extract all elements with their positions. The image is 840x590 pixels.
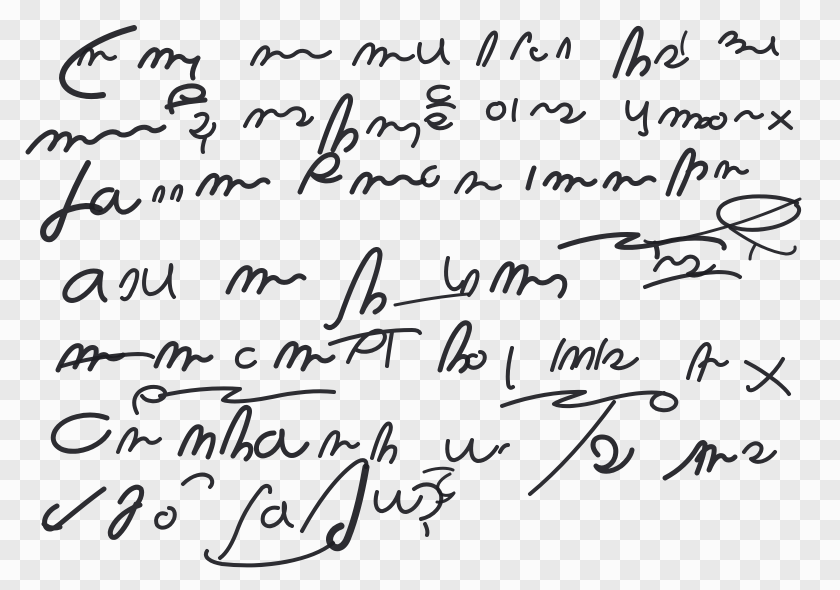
ink-stroke [44, 489, 104, 529]
ink-stroke [140, 50, 198, 78]
ink-stroke [276, 344, 333, 369]
ink-stroke [368, 118, 418, 146]
ink-stroke [446, 258, 477, 295]
handwriting-line-6 [53, 387, 775, 502]
ink-stroke [512, 33, 546, 59]
ink-stroke [710, 114, 725, 128]
ink-stroke [716, 162, 747, 177]
ink-stroke [627, 102, 647, 134]
ink-stroke [440, 323, 469, 371]
ink-stroke [326, 249, 384, 327]
ink-stroke [320, 96, 356, 152]
handwriting-line-1 [62, 28, 777, 96]
ink-stroke [252, 47, 330, 64]
ink-stroke [156, 475, 212, 528]
ink-stroke [62, 28, 134, 96]
ink-stroke [180, 427, 213, 457]
ink-stroke [746, 359, 789, 394]
ink-stroke [615, 28, 648, 76]
ink-stroke [770, 112, 791, 128]
ink-stroke [558, 39, 569, 57]
ink-stroke [508, 348, 513, 388]
ink-stroke [492, 264, 565, 296]
ink-stroke [118, 429, 160, 452]
handwriting-line-7 [44, 460, 441, 565]
ink-stroke [222, 408, 251, 459]
ink-stroke [237, 349, 255, 367]
ink-stroke [668, 150, 706, 194]
ink-stroke [79, 49, 115, 64]
ink-stroke [478, 32, 496, 65]
ink-stroke [665, 443, 735, 478]
ink-stroke [300, 155, 340, 192]
ink-stroke [256, 431, 307, 456]
handwriting-line-3 [43, 150, 800, 257]
ink-stroke [720, 33, 777, 54]
ink-stroke [456, 173, 500, 192]
ink-stroke [263, 503, 292, 526]
handwriting-line-5 [58, 323, 789, 394]
ink-stroke [736, 112, 762, 120]
ink-stroke [744, 443, 775, 462]
ink-stroke [134, 387, 334, 413]
ink-stroke [528, 168, 654, 190]
handwriting-svg [0, 0, 840, 590]
ink-stroke [376, 492, 421, 512]
ink-stroke [110, 487, 141, 537]
ink-stroke [228, 268, 304, 292]
ink-stroke [245, 108, 312, 126]
ink-stroke [395, 294, 468, 305]
ink-stroke [682, 32, 686, 54]
ink-stroke [688, 344, 727, 380]
transparent-image-canvas [0, 0, 840, 590]
ink-stroke [730, 228, 795, 254]
ink-stroke [65, 271, 105, 300]
ink-stroke [191, 114, 214, 152]
ink-stroke [121, 265, 174, 299]
ink-stroke [414, 484, 441, 535]
ink-stroke [502, 392, 676, 410]
ink-stroke [560, 235, 724, 257]
ink-stroke [156, 344, 211, 369]
ink-stroke [593, 437, 632, 471]
ink-stroke [488, 103, 504, 119]
ink-stroke [28, 127, 164, 152]
ink-stroke [198, 175, 268, 194]
ink-stroke [330, 330, 420, 366]
ink-stroke [62, 354, 153, 366]
ink-stroke [532, 104, 584, 121]
ink-stroke [354, 40, 448, 65]
ink-stroke [514, 100, 516, 120]
ink-stroke [154, 186, 181, 201]
ink-stroke [552, 340, 637, 370]
ink-stroke [320, 432, 358, 456]
ink-stroke [645, 272, 740, 287]
ink-stroke [167, 86, 205, 112]
ink-stroke [352, 174, 424, 192]
ink-stroke [423, 167, 438, 185]
ink-stroke [530, 402, 614, 494]
ink-stroke [53, 415, 109, 451]
ink-stroke [372, 423, 395, 462]
ink-stroke [447, 440, 508, 461]
ink-stroke [426, 87, 454, 129]
ink-stroke [660, 109, 710, 127]
ink-stroke [750, 245, 755, 259]
handwriting-line-4 [65, 245, 755, 328]
handwriting-line-2 [28, 86, 791, 152]
